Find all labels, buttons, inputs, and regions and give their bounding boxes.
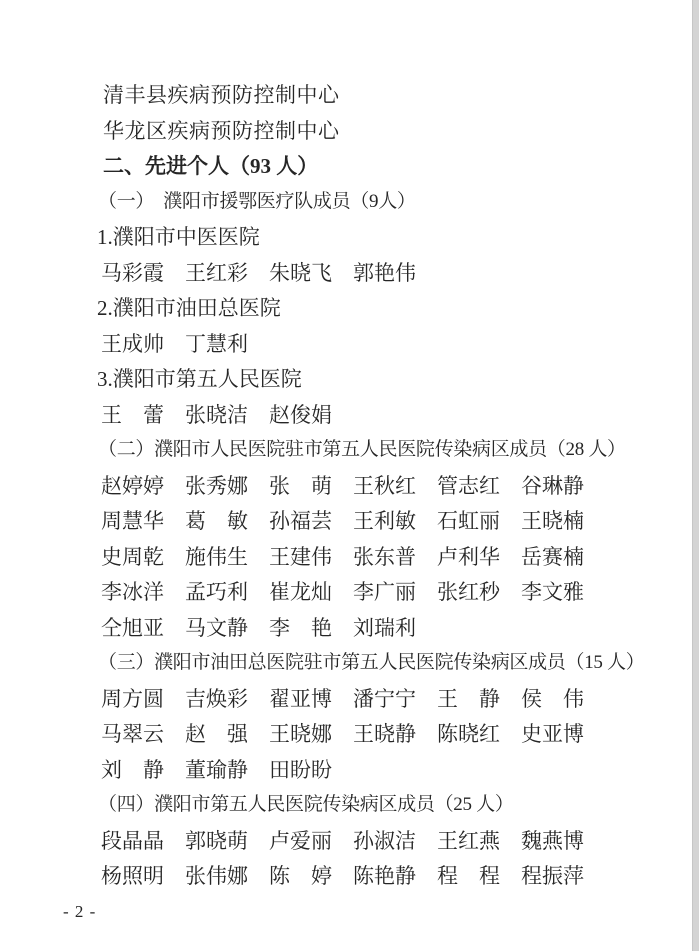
page-number: - 2 -	[63, 901, 689, 923]
document-body: 清丰县疾病预防控制中心 华龙区疾病预防控制中心 二、先进个人（93 人） （一）…	[0, 0, 689, 923]
names-row: 刘 静 董瑜静 田盼盼	[101, 759, 689, 781]
names-row: 王成帅 丁慧利	[101, 333, 689, 355]
names-row: 李冰洋 孟巧利 崔龙灿 李广丽 张红秒 李文雅	[101, 581, 689, 603]
hospital-line: 2.濮阳市油田总医院	[97, 297, 689, 319]
section-heading-4: （四）濮阳市第五人民医院传染病区成员（25 人）	[98, 794, 689, 816]
hospital-line: 3.濮阳市第五人民医院	[97, 368, 689, 390]
names-row: 赵婷婷 张秀娜 张 萌 王秋红 管志红 谷琳静	[101, 475, 689, 497]
section-heading-2: （二）濮阳市人民医院驻市第五人民医院传染病区成员（28 人）	[98, 439, 689, 461]
names-row: 周慧华 葛 敏 孙福芸 王利敏 石虹丽 王晓楠	[101, 510, 689, 532]
names-row: 王 蕾 张晓洁 赵俊娟	[101, 404, 689, 426]
section-heading-3: （三）濮阳市油田总医院驻市第五人民医院传染病区成员（15 人）	[98, 652, 689, 674]
names-row: 马翠云 赵 强 王晓娜 王晓静 陈晓红 史亚博	[101, 723, 689, 745]
names-row: 杨照明 张伟娜 陈 婷 陈艳静 程 程 程振萍	[101, 865, 689, 887]
org-line: 华龙区疾病预防控制中心	[103, 120, 689, 142]
names-row: 段晶晶 郭晓萌 卢爱丽 孙淑洁 王红燕 魏燕博	[101, 830, 689, 852]
names-row: 周方圆 吉焕彩 翟亚博 潘宁宁 王 静 侯 伟	[101, 688, 689, 710]
scan-edge-strip	[692, 0, 699, 951]
org-line: 清丰县疾病预防控制中心	[103, 84, 689, 106]
names-row: 仝旭亚 马文静 李 艳 刘瑞利	[101, 617, 689, 639]
section-heading-1: （一） 濮阳市援鄂医疗队成员（9人）	[98, 191, 689, 213]
hospital-line: 1.濮阳市中医医院	[97, 226, 689, 248]
scanned-document-page: 清丰县疾病预防控制中心 华龙区疾病预防控制中心 二、先进个人（93 人） （一）…	[0, 0, 700, 951]
heading-advanced-individuals: 二、先进个人（93 人）	[103, 155, 689, 177]
names-row: 史周乾 施伟生 王建伟 张东普 卢利华 岳赛楠	[101, 546, 689, 568]
names-row: 马彩霞 王红彩 朱晓飞 郭艳伟	[101, 262, 689, 284]
